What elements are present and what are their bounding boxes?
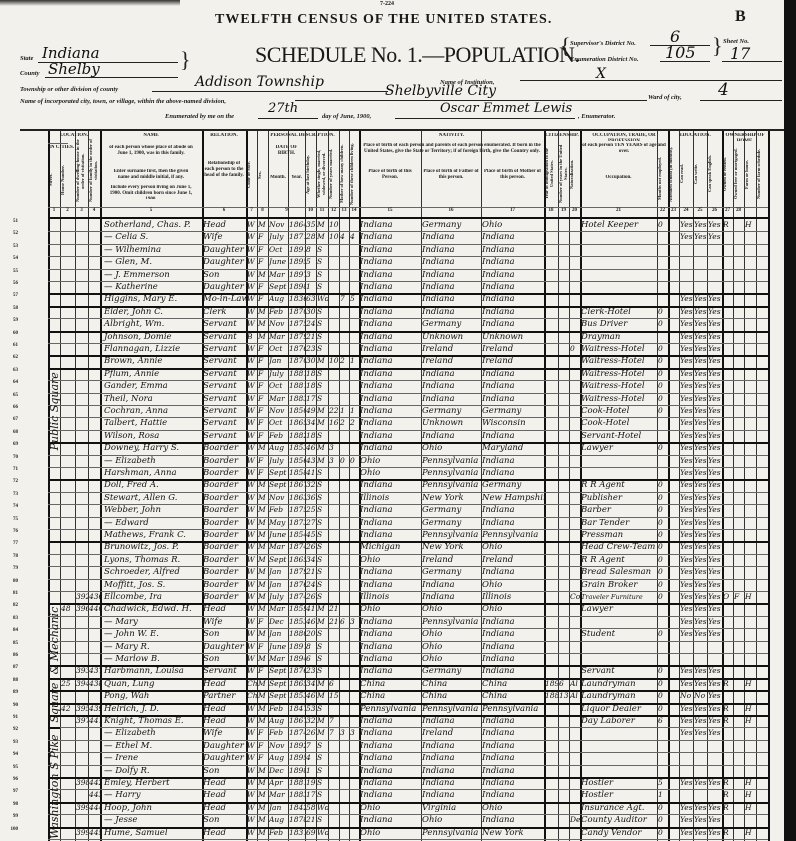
header-nativity: NATIVITY. (359, 133, 544, 141)
column-number: 24 (679, 208, 693, 213)
cell-month: Feb (269, 827, 288, 839)
cell-occ: Waitress-Hotel (581, 355, 657, 367)
cell-write: Yes (694, 368, 707, 380)
table-row: 25394438Quan, LungHeadChMSept186534M6Chi… (20, 678, 784, 690)
cell-name: — Glen, M. (101, 256, 205, 268)
cell-read: Yes (680, 616, 693, 628)
cell-read: Yes (680, 293, 693, 305)
cell-color: W (247, 603, 257, 615)
line-number: 70 (2, 455, 18, 460)
cell-color: W (247, 579, 257, 591)
cell-farm: H (745, 591, 756, 603)
cell-bf: Germany (422, 219, 481, 231)
cell-farm: H (745, 827, 756, 839)
cell-bm: Indiana (482, 430, 544, 442)
cell-marital: S (317, 393, 328, 405)
cell-year: 1879 (289, 331, 305, 343)
header-name-desc: of each person whose place of abode on J… (108, 145, 194, 165)
cell-farm: H (745, 678, 756, 690)
cell-name: — Dolfy R. (101, 765, 205, 777)
cell-month: Aug (269, 715, 288, 727)
cell-marital: S (317, 479, 328, 491)
header-age: Age at last birthday. (305, 143, 316, 205)
cell-bp: Indiana (360, 417, 421, 429)
cell-write: Yes (694, 430, 707, 442)
cell-year: 1883 (289, 789, 305, 801)
cell-eng: Yes (708, 293, 722, 305)
cell-relation: Son (203, 628, 246, 640)
header-can-write: Can write. (693, 143, 707, 205)
cell-eng: Yes (708, 442, 722, 454)
cell-bm: Indiana (482, 380, 544, 392)
cell-bm: Indiana (482, 318, 544, 330)
cell-own: R (723, 777, 733, 789)
cell-color: W (247, 467, 257, 479)
cell-read: Yes (680, 306, 693, 318)
cell-bm: Ohio (482, 579, 544, 591)
cell-color: Ch (247, 690, 257, 702)
cell-color: W (247, 306, 257, 318)
cell-color: W (247, 765, 257, 777)
cell-bp: Indiana (360, 355, 421, 367)
cell-sex: F (258, 455, 268, 467)
cell-year: 1881 (289, 777, 305, 789)
cell-color: W (247, 269, 257, 281)
cell-relation: Head (203, 603, 246, 615)
cell-bp: Indiana (360, 665, 421, 677)
cell-bm: Indiana (482, 504, 544, 516)
cell-month: Sept (269, 467, 288, 479)
cell-year: 1874 (289, 727, 305, 739)
cell-month: July (269, 455, 288, 467)
cell-yrs: 13 (559, 690, 569, 702)
cell-write: Yes (694, 827, 707, 839)
cell-occ: Grain Broker (581, 579, 657, 591)
cell-bf: Ohio (422, 653, 481, 665)
cell-read: Yes (680, 603, 693, 615)
cell-year: 1853 (289, 616, 305, 628)
cell-ym: 21 (329, 603, 339, 615)
header-education: EDUCATION. (668, 133, 722, 141)
table-row: Mathews, Frank C.BoarderWMJune185445SInd… (20, 529, 784, 541)
cell-bm: Indiana (482, 765, 544, 777)
cell-write: Yes (694, 343, 707, 355)
cell-name: — Wilhemina (101, 244, 205, 256)
cell-relation: Boarder (203, 529, 246, 541)
county-label: County (20, 70, 40, 77)
line-number: 97 (2, 789, 18, 794)
cell-unemp: 0 (658, 529, 668, 541)
cell-ym: 7 (329, 715, 339, 727)
cell-family: 437 (89, 665, 100, 677)
cell-marital: S (317, 467, 328, 479)
cell-unemp: 0 (658, 368, 668, 380)
line-number: 96 (2, 777, 18, 782)
cell-eng: Yes (708, 690, 722, 702)
cell-bm: Ireland (482, 355, 544, 367)
cell-write: Yes (694, 579, 707, 591)
cell-bp: Indiana (360, 504, 421, 516)
cell-marital: M (317, 355, 328, 367)
line-number: 64 (2, 380, 18, 385)
cell-eng: Yes (708, 678, 722, 690)
cell-own: R (723, 715, 733, 727)
table-row: Wilson, RosaServantWFFeb188218SIndianaIn… (20, 430, 784, 442)
line-number: 61 (2, 343, 18, 348)
cell-bm: Indiana (482, 281, 544, 293)
cell-liv: 3 (350, 727, 359, 739)
cell-nat: Com. (570, 591, 580, 603)
cell-occ: Cook-Hotel (581, 405, 657, 417)
cell-year: 1895 (289, 752, 305, 764)
cell-color: W (247, 504, 257, 516)
cell-read: No (680, 690, 693, 702)
cell-name: Schroeder, Alfred (101, 566, 205, 578)
cell-read: Yes (680, 318, 693, 330)
cell-age: 41 (306, 467, 316, 479)
cell-bf: Pennsylvania (422, 616, 481, 628)
cell-name: Lyons, Thomas R. (101, 554, 205, 566)
cell-read: Yes (680, 504, 693, 516)
cell-occ: Waitress-Hotel (581, 368, 657, 380)
cell-color: W (247, 343, 257, 355)
cell-name: Elder, John C. (101, 306, 205, 318)
cell-bp: Indiana (360, 368, 421, 380)
cell-sex: M (258, 517, 268, 529)
cell-age: 17 (306, 393, 316, 405)
cell-bf: Indiana (422, 430, 481, 442)
cell-bf: Indiana (422, 306, 481, 318)
cell-month: Sept (269, 281, 288, 293)
cell-family: 442 (89, 777, 100, 789)
cell-name: Emley, Herbert (101, 777, 205, 789)
cell-write: Yes (694, 219, 707, 231)
cell-occ: Lawyer (581, 442, 657, 454)
line-number: 93 (2, 740, 18, 745)
header-marital: Whether single, married, widowed, or div… (316, 143, 328, 205)
cell-occ: Laundryman (581, 678, 657, 690)
cell-sex: M (258, 331, 268, 343)
cell-month: Sept (269, 665, 288, 677)
header-birth-mother: Place of birth of Mother of this person. (483, 169, 542, 183)
cell-write: Yes (694, 231, 707, 243)
cell-eng: Yes (708, 479, 722, 491)
cell-occ: Bread Salesman (581, 566, 657, 578)
cell-name: Brunowitz, Jos. P. (101, 541, 205, 553)
cell-color: W (247, 740, 257, 752)
cell-read: Yes (680, 628, 693, 640)
cell-write: Yes (694, 442, 707, 454)
cell-read: Yes (680, 405, 693, 417)
cell-marital: S (317, 306, 328, 318)
cell-sex: M (258, 219, 268, 231)
cell-marital: M (317, 405, 328, 417)
cell-bf: Unknown (422, 417, 481, 429)
cell-year: 1874 (289, 591, 305, 603)
cell-year: 1853 (289, 442, 305, 454)
cell-name: Stewart, Allen G. (101, 492, 205, 504)
cell-relation: Head (203, 678, 246, 690)
cell-write: Yes (694, 703, 707, 715)
cell-dwelling: 398 (76, 777, 88, 789)
street-label: Public Square (48, 219, 60, 603)
column-number: 28 (733, 208, 744, 213)
cell-color: W (247, 802, 257, 814)
cell-month: Oct (269, 244, 288, 256)
cell-read: Yes (680, 331, 693, 343)
header-owned-rented: Owned or rented. (722, 143, 733, 205)
column-number: 8 (257, 208, 268, 213)
cell-marital: S (317, 318, 328, 330)
cell-sex: M (258, 628, 268, 640)
state-label: State (20, 55, 33, 62)
cell-unemp: 0 (658, 318, 668, 330)
cell-read: Yes (680, 479, 693, 491)
cell-relation: Servant (203, 331, 246, 343)
cell-age: 21 (306, 566, 316, 578)
cell-year: 1875 (289, 318, 305, 330)
cell-month: July (269, 591, 288, 603)
cell-bm: Illinois (482, 591, 544, 603)
cell-color: W (247, 665, 257, 677)
cell-occ: Cook-Hotel (581, 417, 657, 429)
column-number: 12 (328, 208, 339, 213)
cell-age: 46 (306, 690, 316, 702)
cell-month: Nov (269, 492, 288, 504)
cell-own: R (723, 827, 733, 839)
cell-read: Yes (680, 343, 693, 355)
cell-age: 6 (306, 653, 316, 665)
schedule-title: SCHEDULE No. 1.—POPULATION. (255, 42, 579, 68)
cell-sex: M (258, 591, 268, 603)
cell-sex: M (258, 492, 268, 504)
table-row: Moffitt, Jos. S.BoarderWMJan187624SIndia… (20, 579, 784, 591)
table-row: — KatherineDaughterWFSept18981SIndianaIn… (20, 281, 784, 293)
cell-bp: Indiana (360, 442, 421, 454)
cell-eng: Yes (708, 827, 722, 839)
cell-eng: Yes (708, 802, 722, 814)
cell-year: 1854 (289, 529, 305, 541)
cell-bf: China (422, 678, 481, 690)
cell-ym: 7 (329, 727, 339, 739)
cell-color: W (247, 231, 257, 243)
cell-marital: M (317, 678, 328, 690)
cell-unemp: 0 (658, 628, 668, 640)
column-number: 13 (339, 208, 349, 213)
cell-write: Yes (694, 517, 707, 529)
cell-unemp: 0 (658, 541, 668, 553)
cell-age: 23 (306, 343, 316, 355)
cell-bp: Indiana (360, 529, 421, 541)
street-label: Square (48, 678, 60, 728)
cell-color: W (247, 256, 257, 268)
cell-name: Hoop, John (101, 802, 205, 814)
county-value: Shelby (48, 60, 100, 78)
cell-color: W (247, 417, 257, 429)
cell-color: W (247, 591, 257, 603)
cell-age: 46 (306, 616, 316, 628)
cell-age: 18 (306, 368, 316, 380)
cell-occ: Hotel Keeper (581, 219, 657, 231)
cell-dwelling: 393 (76, 665, 88, 677)
cell-bm: Indiana (482, 616, 544, 628)
cell-relation: Boarder (203, 591, 246, 603)
table-row: Harshman, AnnaBoarderWFSept185841SOhioPe… (20, 467, 784, 479)
cell-family: 440 (89, 603, 100, 615)
enumeration-label: Enumeration District No. (570, 56, 638, 63)
table-row: Gander, EmmaServantWFOct188118SIndianaIn… (20, 380, 784, 392)
cell-age: 46 (306, 442, 316, 454)
cell-occ: Barber (581, 504, 657, 516)
cell-year: 1858 (289, 467, 305, 479)
cell-sex: M (258, 765, 268, 777)
table-row: — Glen, M.DaughterWFJune18955SIndianaInd… (20, 256, 784, 268)
cell-marital: S (317, 492, 328, 504)
cell-read: Yes (680, 219, 693, 231)
cell-month: Jan (269, 566, 288, 578)
cell-marital: S (317, 430, 328, 442)
cell-age: 8 (306, 641, 316, 653)
form-number: 7-224 (380, 1, 394, 7)
cell-bf: Pennsylvania (422, 827, 481, 839)
cell-name: Johnson, Domie (101, 331, 205, 343)
city-value: Shelbyville City (385, 83, 496, 99)
header-children-living: Number of these children living. (349, 143, 359, 205)
cell-relation: Head (203, 219, 246, 231)
cell-age: 19 (306, 777, 316, 789)
cell-color: W (247, 641, 257, 653)
cell-bp: Illinois (360, 591, 421, 603)
cell-month: Jan (269, 802, 288, 814)
cell-month: Mar (269, 789, 288, 801)
cell-name: Mathews, Frank C. (101, 529, 205, 541)
cell-bm: Indiana (482, 740, 544, 752)
cell-bm: Ireland (482, 554, 544, 566)
line-number: 78 (2, 554, 18, 559)
census-sheet: 7-224 TWELFTH CENSUS OF THE UNITED STATE… (0, 0, 796, 841)
cell-color: W (247, 281, 257, 293)
cell-marital: S (317, 554, 328, 566)
cell-month: Jan (269, 355, 288, 367)
cell-relation: Boarder (203, 517, 246, 529)
cell-unemp: 0 (658, 355, 668, 367)
header-relation-desc: Relationship of each person to the head … (204, 161, 244, 181)
cell-bp: Indiana (360, 777, 421, 789)
cell-mo: 2 (340, 417, 349, 429)
cell-month: Oct (269, 380, 288, 392)
cell-occ: Drayman (581, 331, 657, 343)
cell-name: — John W. E. (101, 628, 205, 640)
cell-age: 17 (306, 789, 316, 801)
cell-month: July (269, 231, 288, 243)
cell-year: 1876 (289, 579, 305, 591)
cell-month: Feb (269, 504, 288, 516)
cell-read: Yes (680, 566, 693, 578)
cell-bm: Wisconsin (482, 417, 544, 429)
cell-bf: Indiana (422, 256, 481, 268)
cell-marital: S (317, 504, 328, 516)
cell-eng: Yes (708, 603, 722, 615)
cell-sex: F (258, 244, 268, 256)
cell-bf: Indiana (422, 393, 481, 405)
cell-bm: Indiana (482, 256, 544, 268)
cell-relation: Clerk (203, 306, 246, 318)
cell-age: 36 (306, 492, 316, 504)
cell-year: 1865 (289, 678, 305, 690)
cell-sex: F (258, 343, 268, 355)
cell-month: Nov (269, 405, 288, 417)
cell-eng: Yes (708, 715, 722, 727)
enumerator-label: , Enumerator. (578, 113, 615, 120)
line-number: 87 (2, 665, 18, 670)
cell-color: W (247, 355, 257, 367)
cell-dwelling: 399 (76, 802, 88, 814)
cell-marital: S (317, 517, 328, 529)
cell-marital: S (317, 740, 328, 752)
cell-house: 25 (61, 678, 75, 690)
cell-year: 1879 (289, 566, 305, 578)
cell-relation: Servant (203, 405, 246, 417)
cell-age: 30 (306, 355, 316, 367)
cell-eng: Yes (708, 430, 722, 442)
cell-mo: 4 (340, 231, 349, 243)
cell-color: W (247, 492, 257, 504)
cell-name: — Marlow B. (101, 653, 205, 665)
cell-month: Aug (269, 752, 288, 764)
cell-bp: Indiana (360, 616, 421, 628)
cell-relation: Servant (203, 417, 246, 429)
cell-sex: M (258, 318, 268, 330)
cell-month: Oct (269, 417, 288, 429)
table-row: — ElizabethBoarderWFJuly185643M300OhioPe… (20, 455, 784, 467)
cell-month: Oct (269, 343, 288, 355)
cell-relation: Boarder (203, 554, 246, 566)
cell-month: Apr (269, 777, 288, 789)
header-birth-father: Place of birth of Father of this person. (423, 169, 479, 183)
cell-write: Yes (694, 777, 707, 789)
cell-sex: F (258, 231, 268, 243)
cell-bf: Ireland (422, 727, 481, 739)
cell-relation: Son (203, 653, 246, 665)
cell-eng: Yes (708, 306, 722, 318)
cell-year: 1878 (289, 814, 305, 826)
cell-age: 23 (306, 665, 316, 677)
cell-sex: F (258, 740, 268, 752)
cell-month: June (269, 529, 288, 541)
cell-year: 1871 (289, 231, 305, 243)
cell-color: W (247, 442, 257, 454)
cell-year: 1882 (289, 430, 305, 442)
supervisor-label: Supervisor's District No. (570, 40, 636, 47)
cell-occ: Traveler Furniture (581, 591, 657, 603)
cell-relation: Head (203, 703, 246, 715)
cell-marital: S (317, 653, 328, 665)
cell-eng: Yes (708, 579, 722, 591)
cell-write: Yes (694, 616, 707, 628)
line-number: 69 (2, 442, 18, 447)
cell-age: 45 (306, 529, 316, 541)
cell-bf: Indiana (422, 789, 481, 801)
column-number: 11 (316, 208, 328, 213)
cell-write: Yes (694, 293, 707, 305)
table-row: Theil, NoraServantWFMar188317SIndianaInd… (20, 393, 784, 405)
cell-color: W (247, 554, 257, 566)
cell-age: 69 (306, 827, 316, 839)
cell-name: — Ethel M. (101, 740, 205, 752)
cell-occ: R R Agent (581, 479, 657, 491)
cell-color: B (247, 331, 257, 343)
cell-sex: F (258, 752, 268, 764)
